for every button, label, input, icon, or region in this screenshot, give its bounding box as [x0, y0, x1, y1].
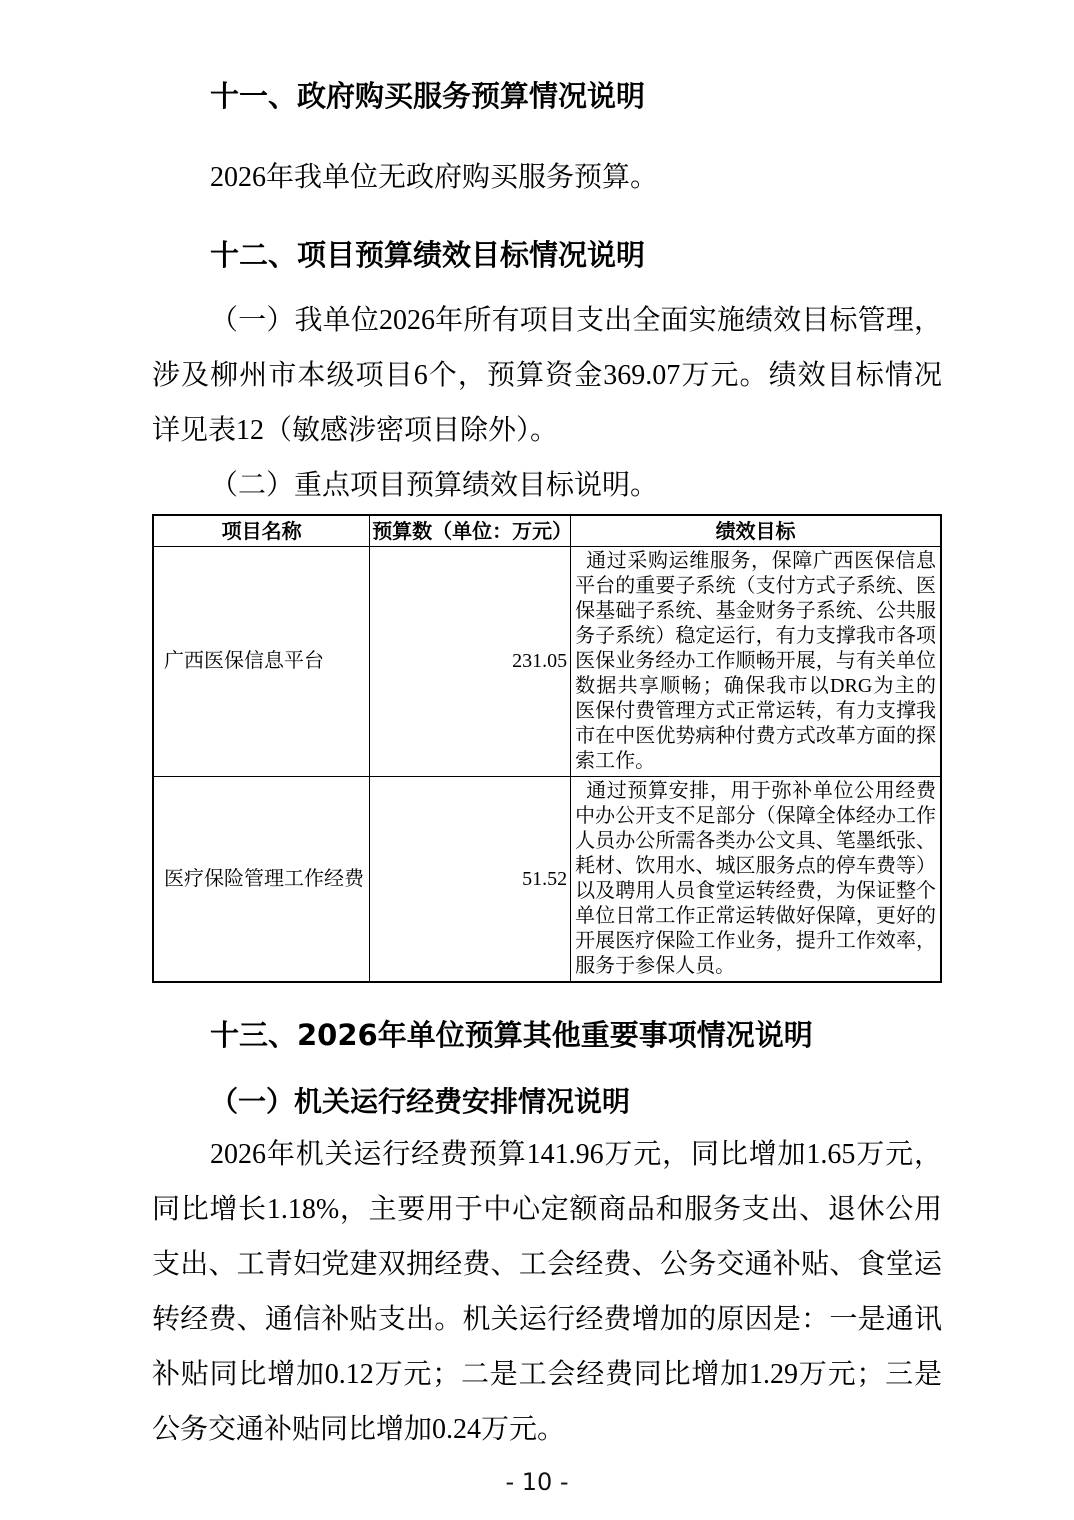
- table-row: 广西医保信息平台 231.05 通过采购运维服务，保障广西医保信息平台的重要子系…: [153, 547, 941, 777]
- table-row: 医疗保险管理工作经费 51.52 通过预算安排，用于弥补单位公用经费中办公开支不…: [153, 777, 941, 983]
- performance-target-text: 通过预算安排，用于弥补单位公用经费中办公开支不足部分（保障全体经办工作人员办公所…: [575, 779, 936, 979]
- project-name-cell: 广西医保信息平台: [153, 547, 370, 777]
- section-13-sub-heading: （一）机关运行经费安排情况说明: [152, 1085, 942, 1121]
- column-header-project-name: 项目名称: [153, 515, 370, 547]
- page-number: - 10 -: [0, 1468, 1074, 1496]
- project-name-cell: 医疗保险管理工作经费: [153, 777, 370, 983]
- budget-cell: 231.05: [370, 547, 571, 777]
- budget-cell: 51.52: [370, 777, 571, 983]
- column-header-budget: 预算数（单位：万元）: [370, 515, 571, 547]
- section-12-heading: 十二、项目预算绩效目标情况说明: [152, 237, 942, 273]
- performance-target-cell: 通过采购运维服务，保障广西医保信息平台的重要子系统（支付方式子系统、医保基础子系…: [571, 547, 941, 777]
- performance-target-text: 通过采购运维服务，保障广西医保信息平台的重要子系统（支付方式子系统、医保基础子系…: [575, 549, 936, 774]
- section-11-heading: 十一、政府购买服务预算情况说明: [152, 78, 942, 114]
- document-content: 十一、政府购买服务预算情况说明 2026年我单位无政府购买服务预算。 十二、项目…: [152, 0, 942, 1457]
- section-13-paragraph: 2026年机关运行经费预算141.96万元，同比增加1.65万元，同比增长1.1…: [152, 1127, 942, 1457]
- page: { "page": { "footer": "- 10 -" }, "secti…: [0, 0, 1074, 1520]
- section-11-paragraph: 2026年我单位无政府购买服务预算。: [152, 150, 942, 205]
- performance-target-table: 项目名称 预算数（单位：万元） 绩效目标 广西医保信息平台 231.05 通过采…: [152, 514, 942, 983]
- section-12-paragraph-2: （二）重点项目预算绩效目标说明。: [152, 458, 942, 513]
- performance-target-cell: 通过预算安排，用于弥补单位公用经费中办公开支不足部分（保障全体经办工作人员办公所…: [571, 777, 941, 983]
- section-12-paragraph-1: （一）我单位2026年所有项目支出全面实施绩效目标管理，涉及柳州市本级项目6个，…: [152, 293, 942, 458]
- section-13-heading: 十三、2026年单位预算其他重要事项情况说明: [152, 1017, 942, 1053]
- column-header-performance-target: 绩效目标: [571, 515, 941, 547]
- table-header-row: 项目名称 预算数（单位：万元） 绩效目标: [153, 515, 941, 547]
